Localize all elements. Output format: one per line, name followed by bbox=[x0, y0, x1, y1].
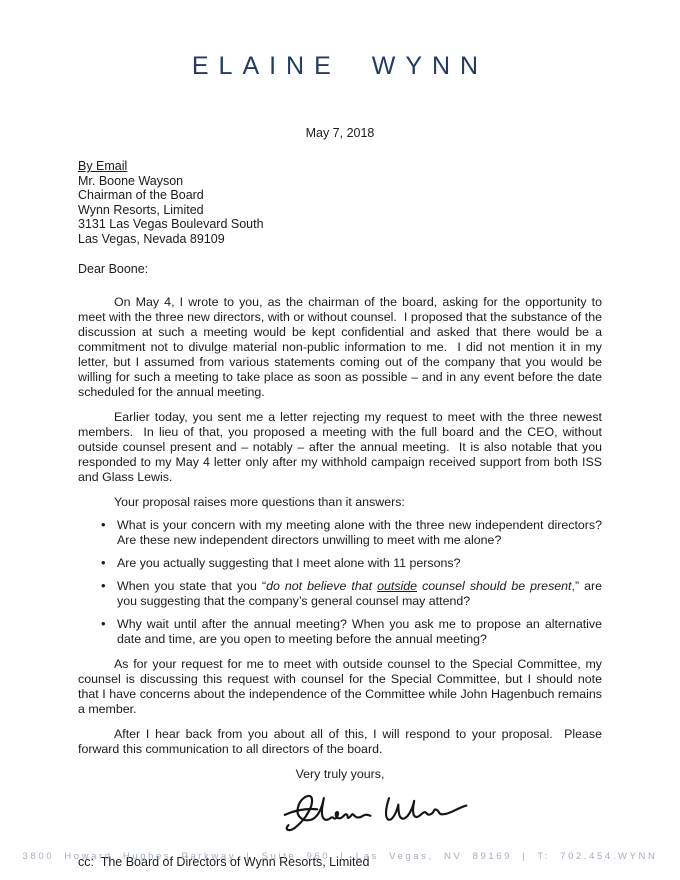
text-segment: Why wait until after the annual meeting?… bbox=[117, 617, 605, 646]
text-segment: outside bbox=[377, 579, 417, 593]
bullet-item-1: What is your concern with my meeting alo… bbox=[78, 518, 602, 548]
letter-page: ELAINE WYNN May 7, 2018 By Email Mr. Boo… bbox=[0, 0, 680, 880]
salutation: Dear Boone: bbox=[78, 262, 148, 276]
bullet-item-2: Are you actually suggesting that I meet … bbox=[78, 556, 602, 571]
recipient-city: Las Vegas, Nevada 89109 bbox=[78, 232, 602, 247]
recipient-title: Chairman of the Board bbox=[78, 188, 602, 203]
bullet-item-3: When you state that you “do not believe … bbox=[78, 579, 602, 609]
text-segment: do not believe that bbox=[266, 579, 377, 593]
body-paragraph-4: As for your request for me to meet with … bbox=[78, 657, 602, 717]
delivery-method: By Email bbox=[78, 159, 602, 174]
signature-image bbox=[114, 786, 638, 840]
recipient-name: Mr. Boone Wayson bbox=[78, 174, 602, 189]
text-segment: counsel should be present bbox=[417, 579, 571, 593]
body-paragraph-3: Your proposal raises more questions than… bbox=[78, 495, 602, 510]
letterhead-title: ELAINE WYNN bbox=[0, 52, 680, 81]
closing-line: Very truly yours, bbox=[78, 767, 602, 782]
text-segment: When you state that you “ bbox=[117, 579, 266, 593]
text-segment: What is your concern with my meeting alo… bbox=[117, 518, 605, 547]
text-segment: Are you actually suggesting that I meet … bbox=[117, 556, 460, 570]
body-paragraph-1: On May 4, I wrote to you, as the chairma… bbox=[78, 295, 602, 400]
date-line: May 7, 2018 bbox=[0, 126, 680, 140]
body-paragraph-5: After I hear back from you about all of … bbox=[78, 727, 602, 757]
recipient-street: 3131 Las Vegas Boulevard South bbox=[78, 217, 602, 232]
bullet-item-4: Why wait until after the annual meeting?… bbox=[78, 617, 602, 647]
body-paragraph-2: Earlier today, you sent me a letter reje… bbox=[78, 410, 602, 485]
recipient-address-block: By Email Mr. Boone Wayson Chairman of th… bbox=[78, 159, 602, 246]
footer-address: 3800 Howard Hughes Parkway | Suite 960 |… bbox=[0, 851, 680, 862]
question-bullet-list: What is your concern with my meeting alo… bbox=[78, 518, 602, 647]
recipient-company: Wynn Resorts, Limited bbox=[78, 203, 602, 218]
signature-svg bbox=[281, 786, 471, 840]
letter-body: On May 4, I wrote to you, as the chairma… bbox=[78, 295, 602, 870]
